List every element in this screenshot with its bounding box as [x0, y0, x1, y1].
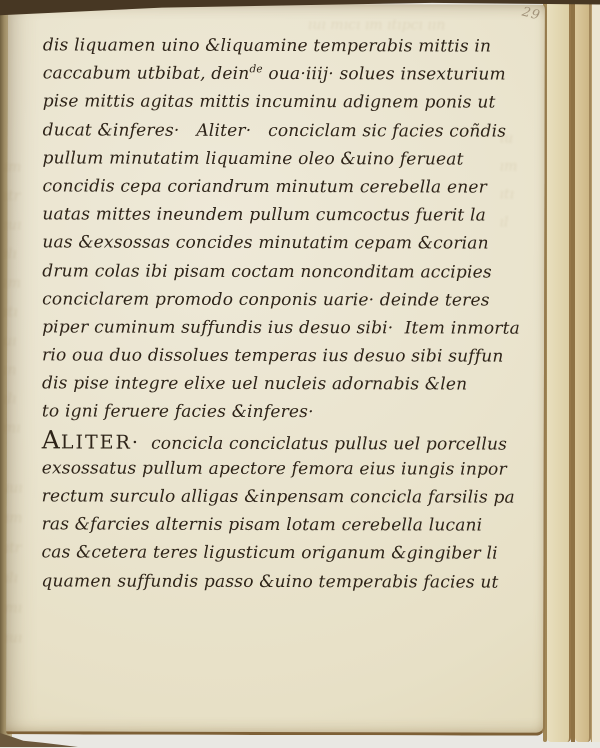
manuscript-line: concidis cepa coriandrum minutum cerebel… [42, 172, 502, 201]
manuscript-photo: ıuı mıcı ım ıtıpcı ıın ım ıtr ıuı ılı ım… [0, 0, 600, 748]
manuscript-line: conciclarem promodo conponis uarie· dein… [42, 285, 502, 314]
aliter-rubric: ALITER· [42, 426, 140, 456]
manuscript-line: piper cuminum suffundis ius desuo sibi· … [42, 313, 502, 342]
manuscript-line: exsossatus pullum apectore femora eius i… [42, 454, 502, 483]
manuscript-line: to igni feruere facies &inferes· [42, 398, 502, 427]
superscript-abbreviation: de [249, 63, 262, 75]
page-edge-leaf [575, 0, 591, 742]
manuscript-page: ıuı mıcı ım ıtıpcı ıın ım ıtr ıuı ılı ım… [6, 3, 547, 735]
manuscript-line: drum colas ibi pisam coctam nonconditam … [42, 257, 502, 286]
page-edge-leaf [591, 0, 600, 742]
manuscript-line: ALITER· concicla conciclatus pullus uel … [42, 426, 502, 455]
verso-show-through: ım ıtr ıuı ılı ım ıtı uı ın ılı mı [3, 153, 38, 443]
manuscript-line: ducat &inferes· Aliter· conciclam sic fa… [43, 116, 503, 145]
manuscript-line: ras &farcies alternis pisam lotam cerebe… [42, 511, 502, 540]
manuscript-line: uatas mittes ineundem pullum cumcoctus f… [42, 201, 502, 230]
line-text: oua·iiij· solues insexturium [263, 64, 506, 85]
manuscript-line: quamen suffundis passo &uino temperabis … [41, 567, 501, 596]
line-text: caccabum utbibat, dein [43, 64, 250, 85]
manuscript-line: dis liquamen uino &liquamine temperabis … [43, 31, 503, 60]
page-edge-leaf [547, 0, 571, 742]
manuscript-line: rectum surculo alligas &inpensam concicl… [42, 482, 502, 511]
manuscript-line: pise mittis agitas mittis incuminu adign… [43, 88, 503, 117]
manuscript-line: cas &cetera teres ligusticum origanum &g… [41, 539, 501, 568]
text-block: dis liquamen uino &liquamine temperabis … [41, 31, 502, 596]
book-fore-edge [540, 0, 600, 742]
manuscript-line: rio oua duo dissolues temperas ius desuo… [42, 341, 502, 370]
manuscript-line: pullum minutatim liquamine oleo &uino fe… [43, 144, 503, 173]
line-text: concicla conciclatus pullus uel porcellu… [140, 433, 507, 454]
manuscript-line: dis pise integre elixe uel nucleis adorn… [42, 370, 502, 399]
verso-show-through: ıuı ım ıtr ılı mı ıuı [4, 473, 38, 653]
manuscript-line: uas &exsossas concides minutatim cepam &… [42, 229, 502, 258]
folio-number: 29 [520, 5, 542, 24]
manuscript-line: caccabum utbibat, deinde oua·iiij· solue… [43, 60, 503, 89]
